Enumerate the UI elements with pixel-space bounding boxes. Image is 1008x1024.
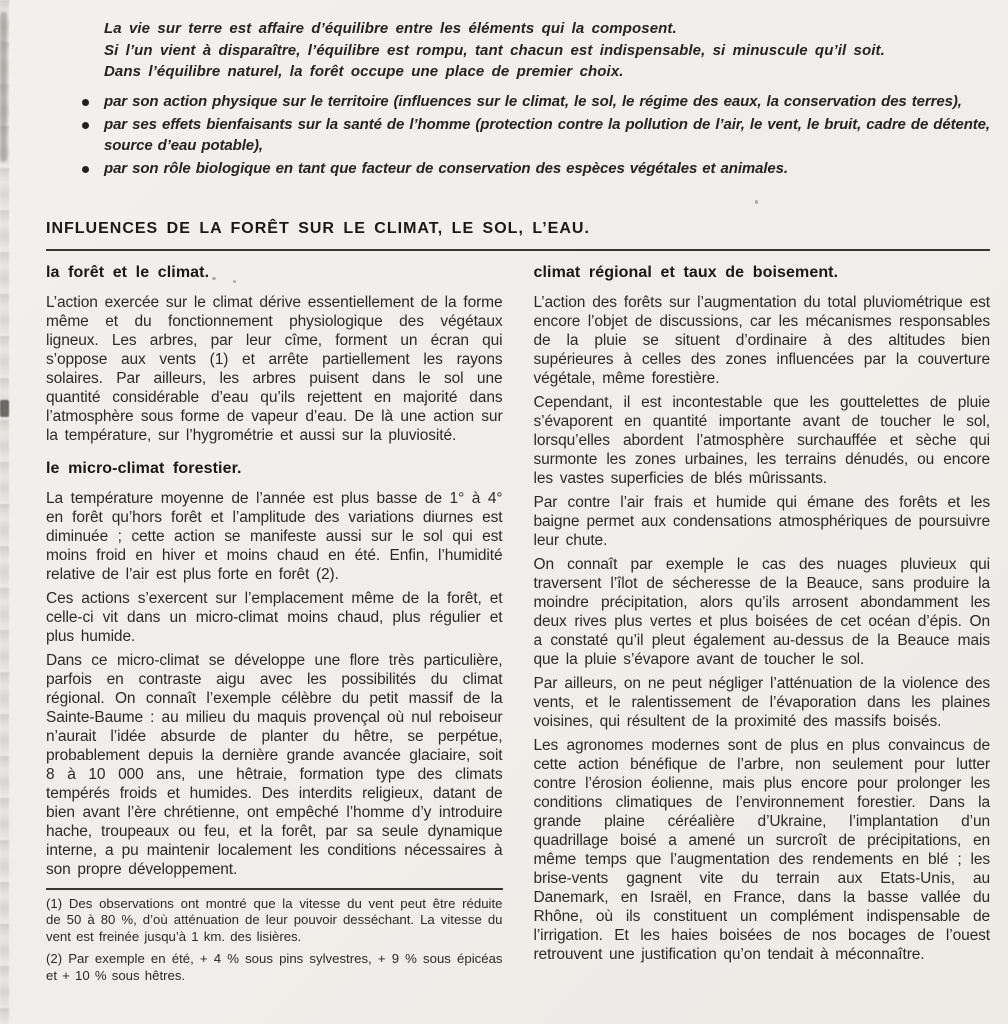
scan-smudge	[0, 400, 9, 417]
body-paragraph: Ces actions s’exercent sur l’emplacement…	[46, 589, 503, 646]
right-column: climat régional et taux de boisement. L’…	[534, 264, 991, 985]
body-paragraph: Les agronomes modernes sont de plus en p…	[534, 736, 991, 964]
body-paragraph: Par ailleurs, on ne peut négliger l’atté…	[534, 674, 991, 731]
subsection-heading-climat-regional: climat régional et taux de boisement.	[534, 264, 991, 282]
body-paragraph: On connaît par exemple le cas des nuages…	[534, 555, 991, 669]
intro-line: Si l’un vient à disparaître, l’équilibre…	[104, 40, 990, 62]
footnote-divider	[46, 888, 503, 890]
intro-line: La vie sur terre est affaire d’équilibre…	[104, 18, 990, 40]
bullet-dot-icon	[82, 166, 89, 173]
scan-smudge	[0, 12, 7, 162]
body-paragraph: La température moyenne de l’année est pl…	[46, 489, 503, 584]
intro-bullet-item: par son action physique sur le territoir…	[104, 92, 990, 113]
intro-bullet-text: par ses effets bienfaisants sur la santé…	[104, 116, 990, 154]
body-paragraph: Par contre l’air frais et humide qui éma…	[534, 493, 991, 550]
intro-block: La vie sur terre est affaire d’équilibre…	[46, 0, 990, 180]
footnote-2: (2) Par exemple en été, + 4 % sous pins …	[46, 951, 503, 984]
body-paragraph: L’action exercée sur le climat dérive es…	[46, 293, 503, 445]
section-title: INFLUENCES DE LA FORÊT SUR LE CLIMAT, LE…	[46, 220, 990, 238]
intro-bullet-item: par son rôle biologique en tant que fact…	[104, 159, 990, 180]
bullet-dot-icon	[82, 99, 89, 106]
subsection-heading-micro-climat: le micro-climat forestier.	[46, 460, 503, 478]
body-paragraph: L’action des forêts sur l’augmentation d…	[534, 293, 991, 388]
title-rule	[46, 249, 990, 251]
intro-line: Dans l’équilibre naturel, la forêt occup…	[104, 61, 990, 83]
intro-bullet-list: par son action physique sur le territoir…	[46, 92, 990, 180]
body-paragraph: Dans ce micro-climat se développe une fl…	[46, 651, 503, 879]
footnote-1: (1) Des observations ont montré que la v…	[46, 896, 503, 946]
body-paragraph: Cependant, il est incontestable que les …	[534, 393, 991, 488]
two-column-layout: la forêt et le climat. L’action exercée …	[46, 264, 990, 985]
intro-bullet-text: par son rôle biologique en tant que fact…	[104, 160, 788, 177]
subsection-heading-foret-climat: la forêt et le climat.	[46, 264, 503, 282]
intro-bullet-text: par son action physique sur le territoir…	[104, 93, 962, 110]
intro-bullet-item: par ses effets bienfaisants sur la santé…	[104, 115, 990, 156]
bullet-dot-icon	[82, 122, 89, 129]
page-content: La vie sur terre est affaire d’équilibre…	[46, 0, 990, 1024]
left-column: la forêt et le climat. L’action exercée …	[46, 264, 503, 985]
document-page: La vie sur terre est affaire d’équilibre…	[0, 0, 1008, 1024]
